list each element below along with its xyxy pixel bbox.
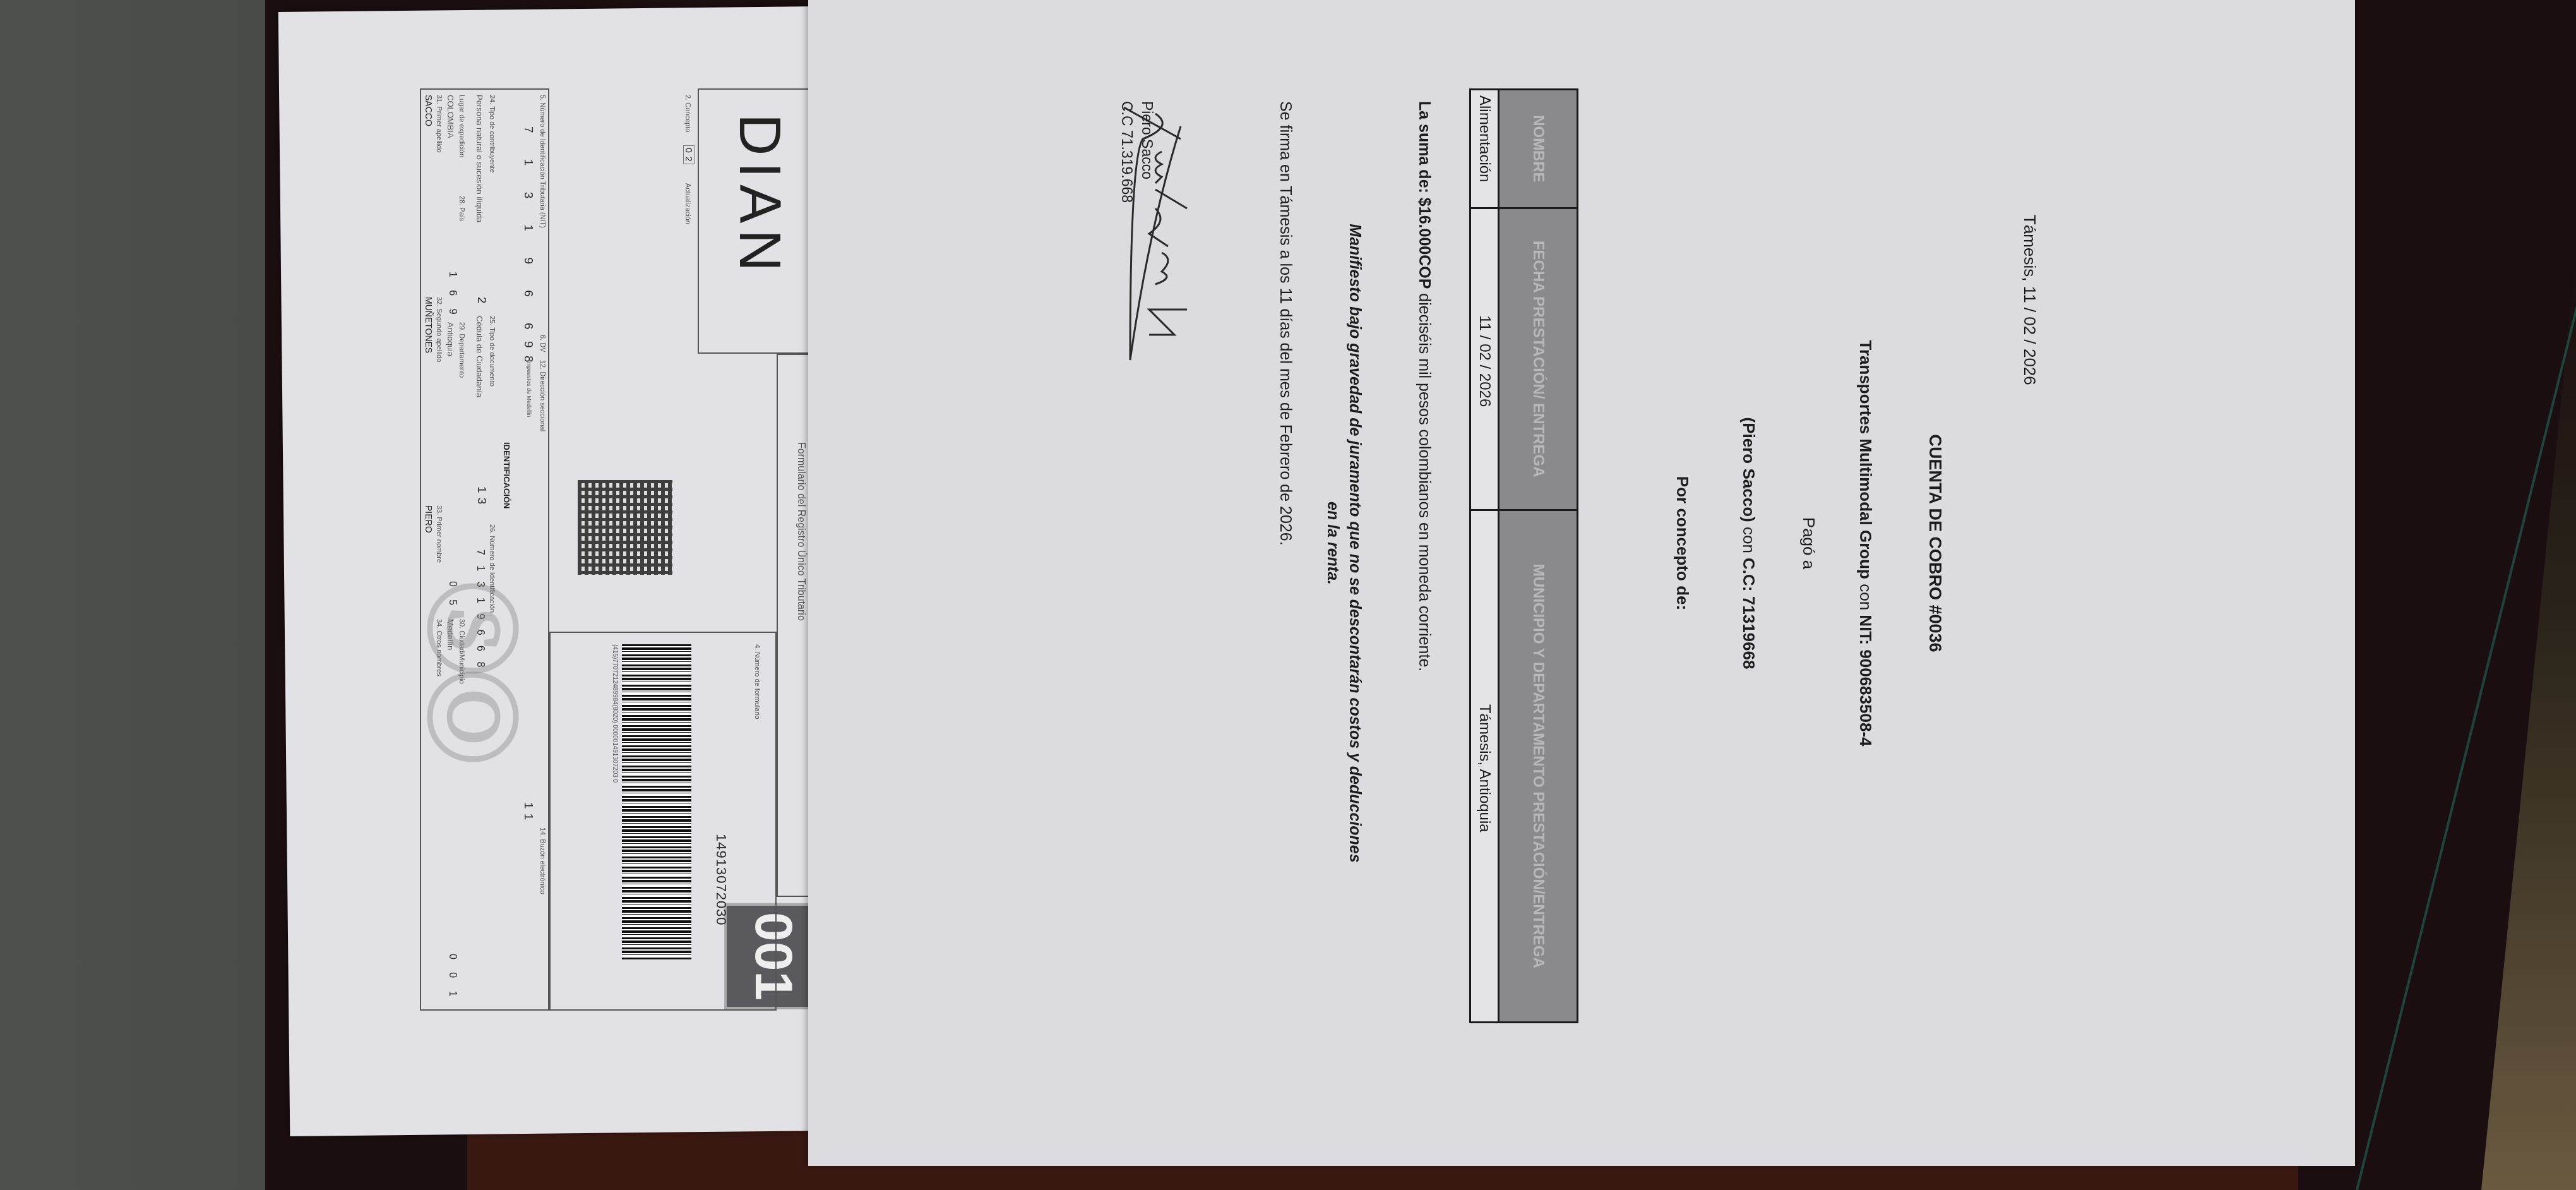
tipo-documento-label: 25. Tipo de documento xyxy=(488,316,496,387)
ciudad-code: 0 0 1 xyxy=(446,954,458,1002)
buzon-label: 14. Buzón electrónico xyxy=(539,827,546,894)
lugar-label: Lugar de expedición xyxy=(458,95,465,157)
table-row: Alimentación11 / 02 / 2026Támesis, Antio… xyxy=(1470,90,1499,1023)
dian-logo: DIAN xyxy=(726,114,792,278)
pais-label: 28. País xyxy=(458,196,465,221)
sum-label: La suma de: xyxy=(1416,101,1433,198)
document-title: CUENTA DE COBRO #0036 xyxy=(1925,25,1945,1061)
table-cell: 11 / 02 / 2026 xyxy=(1470,208,1499,510)
table-header-2: MUNICIPIO Y DEPARTAMENTO PRESTACIÓN/ENTR… xyxy=(1499,510,1578,1022)
nit-label: 5. Número de Identificación Tributaria (… xyxy=(539,95,546,228)
departamento-value: Antioquia xyxy=(446,322,455,356)
payee-line: (Piero Sacco) con C.C: 71319668 xyxy=(1739,25,1758,1061)
tipo-documento-code: 1 3 xyxy=(474,486,488,505)
table-header-1: FECHA PRESTACIÓN/ ENTREGA xyxy=(1499,208,1578,510)
oath-line-2: en la renta. xyxy=(1323,25,1342,1061)
qr-code xyxy=(578,480,672,575)
payer-line: Transportes Multimodal Group con NIT: 90… xyxy=(1856,25,1875,1061)
oath-line-1: Manifiesto bajo gravedad de juramento qu… xyxy=(1345,25,1364,1061)
payer-nit: NIT: 900683508-4 xyxy=(1856,615,1875,746)
form-number: 14913072030 xyxy=(713,834,729,926)
dv-label: 6. DV xyxy=(539,335,546,352)
primer-apellido: SACCO xyxy=(424,95,434,126)
tipo-contribuyente-code: 2 xyxy=(474,297,488,304)
place-date: Támesis, 11 / 02 / 2026 xyxy=(2020,215,2039,385)
table-cell: Alimentación xyxy=(1470,90,1499,208)
payee-connector: con xyxy=(1739,522,1758,558)
payee-cc: C.C: 71319668 xyxy=(1739,558,1758,669)
direccion-label: 12. Dirección seccional xyxy=(539,360,546,431)
primer-nombre-label: 33. Primer nombre xyxy=(435,505,443,563)
segundo-apellido: MUÑETONES xyxy=(424,297,434,353)
pais-code: 1 6 9 xyxy=(446,272,458,320)
barcode-text: (415)7707212489984(8020) 000001491307203… xyxy=(611,644,618,783)
tipo-contribuyente-value: Persona natural o sucesión ilíquida xyxy=(475,95,484,222)
primer-apellido-label: 31. Primer apellido xyxy=(435,95,443,153)
identificacion-heading: IDENTIFICACIÓN xyxy=(502,442,511,508)
nit-digits: 7 1 3 1 9 6 6 8 xyxy=(521,126,535,374)
payer-name: Transportes Multimodal Group xyxy=(1856,340,1875,579)
sum-line: La suma de: $16.000COP dieciséis mil pes… xyxy=(1415,101,1433,671)
departamento-label: 29. Departamento xyxy=(458,322,465,378)
table-cell: Támesis, Antioquia xyxy=(1470,510,1499,1022)
direccion-code: 1 1 xyxy=(521,802,535,820)
dv-value: 9 xyxy=(521,341,535,349)
concept-value: 0 2 xyxy=(683,145,695,164)
direccion-value: Impuestos de Medellín xyxy=(526,360,532,418)
rut-form: DIAN Formulario del Registro Único Tribu… xyxy=(420,88,824,1011)
signer-name: Piero Sacco xyxy=(1138,101,1155,179)
primer-nombre: PIERO xyxy=(424,505,434,533)
cuenta-cobro-document: Támesis, 11 / 02 / 2026 CUENTA DE COBRO … xyxy=(966,25,2008,1061)
signed-at: Se firma en Támesis a los 11 días del me… xyxy=(1276,101,1294,546)
concept-table: NOMBREFECHA PRESTACIÓN/ ENTREGAMUNICIPIO… xyxy=(1469,88,1578,1023)
paid-to: Pagó a xyxy=(1799,25,1818,1061)
signer-id: C.C 71.319.668 xyxy=(1118,101,1135,203)
payer-connector: con xyxy=(1856,579,1875,615)
payee-name: (Piero Sacco) xyxy=(1739,418,1758,522)
concept-heading: Por concepto de: xyxy=(1673,25,1692,1061)
tipo-documento-value: Cédula de Ciudadanía xyxy=(475,316,484,397)
segundo-apellido-label: 32. Segundo apellido xyxy=(435,297,443,362)
concept-text: Actualización xyxy=(684,183,691,224)
watermark-stamp: ⓈⓄ xyxy=(410,581,546,758)
concept-label: 2. Concepto xyxy=(684,95,691,132)
sum-words: dieciséis mil pesos colombianos en moned… xyxy=(1416,289,1433,671)
form-number-label: 4. Número de formulario xyxy=(753,644,761,719)
sum-amount: $16.000COP xyxy=(1416,198,1433,289)
rut-title: Formulario del Registro Único Tributario xyxy=(795,442,806,621)
table-header-0: NOMBRE xyxy=(1499,90,1578,208)
pais-value: COLOMBIA xyxy=(446,95,455,138)
tipo-contribuyente-label: 24. Tipo de contribuyente xyxy=(488,95,496,173)
barcode xyxy=(622,644,691,960)
